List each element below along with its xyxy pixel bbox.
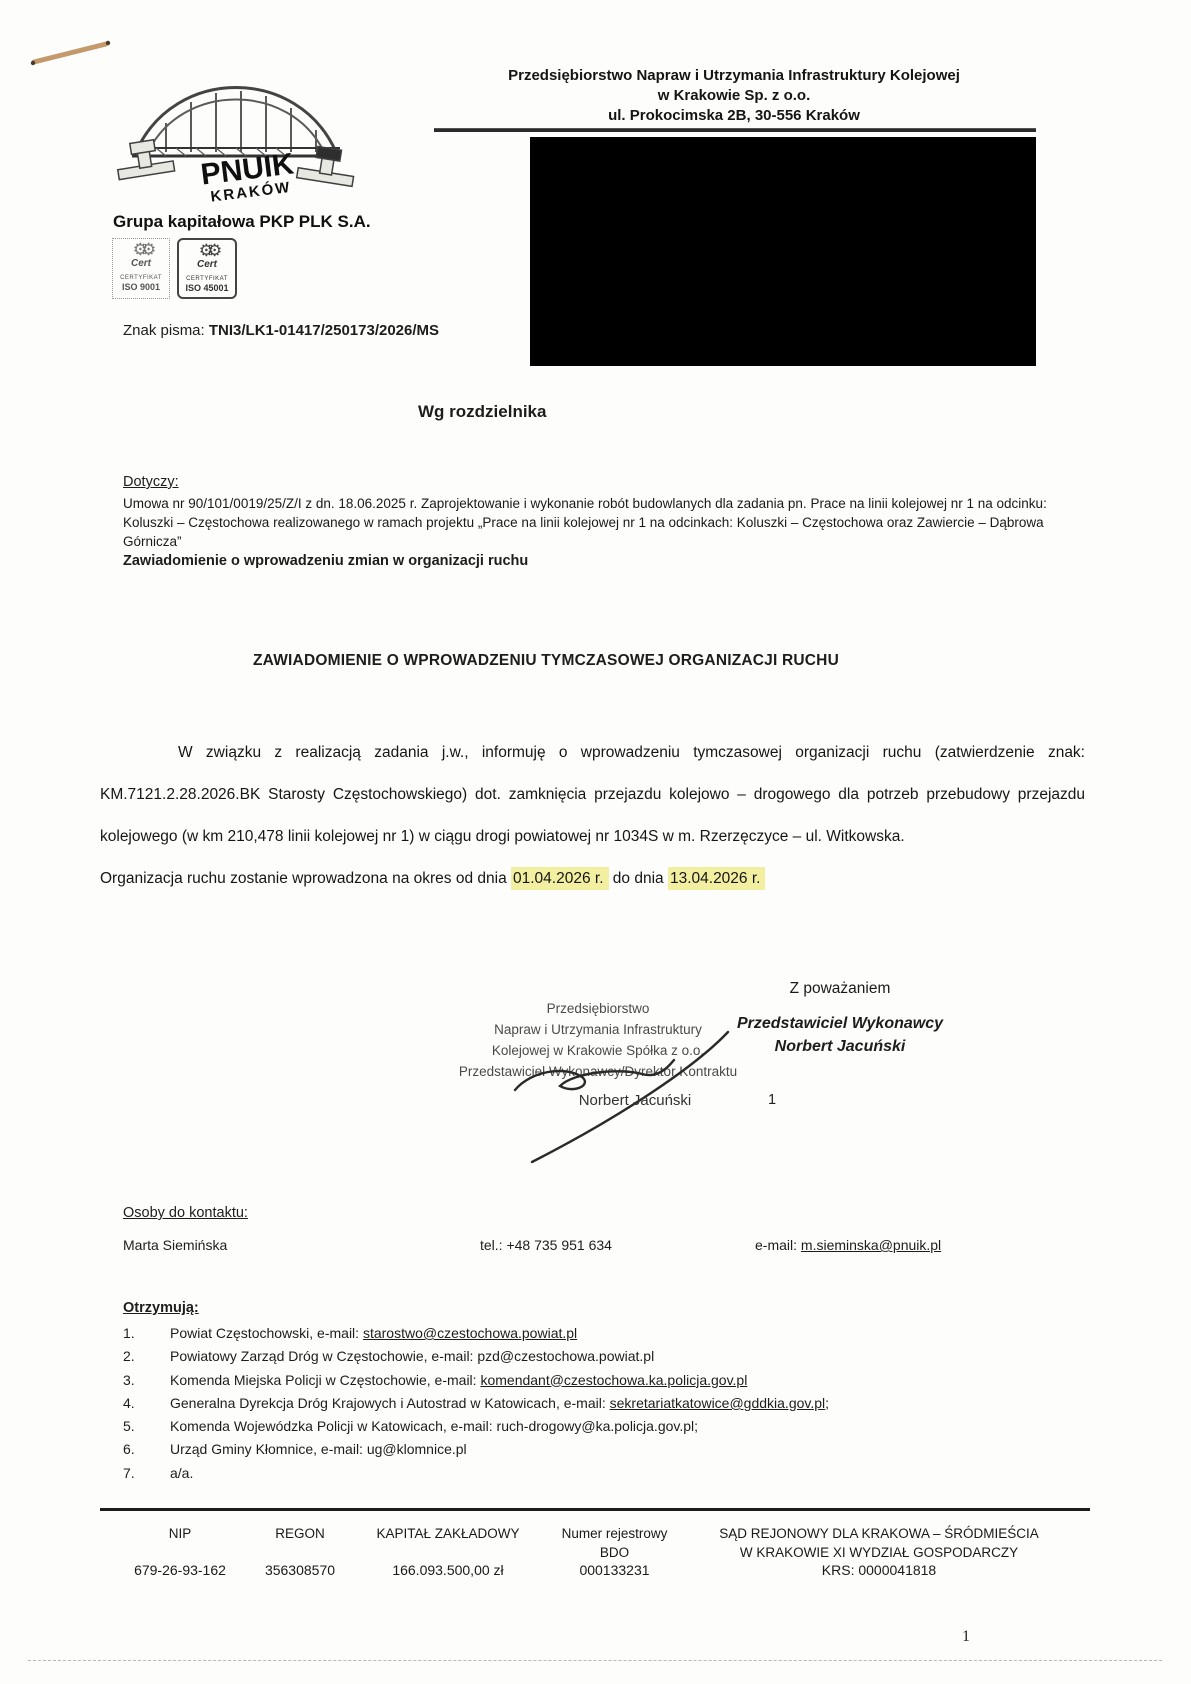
contact-email-address: m.sieminska@pnuik.pl <box>801 1237 941 1253</box>
regarding-label: Dotyczy: <box>123 474 1075 490</box>
cert-iso-number: ISO 45001 <box>181 283 233 293</box>
recipient-number: 4. <box>123 1392 170 1415</box>
signature-block: Z poważaniem Przedstawiciel Wykonawcy No… <box>722 980 958 1056</box>
list-item: 1. Powiat Częstochowski, e-mail: starost… <box>123 1322 1083 1345</box>
cert-brand: Cert <box>115 258 167 269</box>
footer-col-nip: NIP 679-26-93-162 <box>110 1524 250 1578</box>
footer-col-regon: REGON 356308570 <box>250 1524 350 1578</box>
iso-9001-badge: ⚙⚙ Cert CERTYFIKAT ISO 9001 <box>112 238 170 299</box>
footer-value: 356308570 <box>250 1562 350 1578</box>
recipient-number: 2. <box>123 1345 170 1368</box>
recipient-email: sekretariatkatowice@gddkia.gov.pl <box>610 1395 826 1411</box>
recipient-number: 6. <box>123 1438 170 1461</box>
reference-number-line: Znak pisma: TNI3/LK1-01417/250173/2026/M… <box>123 322 439 339</box>
end-date-highlight: 13.04.2026 r. <box>668 867 766 890</box>
recipient-text: Powiatowy Zarząd Dróg w Częstochowie, e-… <box>170 1345 654 1368</box>
recipients-label: Otrzymują: <box>123 1300 199 1316</box>
stamp-line: Przedsiębiorstwo <box>438 998 758 1019</box>
recipient-number: 1. <box>123 1322 170 1345</box>
list-item: 4. Generalna Dyrekcja Dróg Krajowych i A… <box>123 1392 1083 1415</box>
cert-label: CERTYFIKAT <box>181 276 233 283</box>
footer-col-court: SĄD REJONOWY DLA KRAKOWA – ŚRÓDMIEŚCIAW … <box>690 1524 1068 1578</box>
period-sentence-middle: do dnia <box>609 870 668 887</box>
cert-label: CERTYFIKAT <box>115 275 167 282</box>
cert-brand: Cert <box>181 259 233 270</box>
footer-label: Numer rejestrowyBDO <box>542 1524 687 1562</box>
recipient-text: Urząd Gminy Kłomnice, e-mail: ug@klomnic… <box>170 1438 467 1461</box>
capital-group-line: Grupa kapitałowa PKP PLK S.A. <box>113 212 371 232</box>
list-item: 3. Komenda Miejska Policji w Częstochowi… <box>123 1369 1083 1392</box>
list-item: 2. Powiatowy Zarząd Dróg w Częstochowie,… <box>123 1345 1083 1368</box>
company-header: Przedsiębiorstwo Napraw i Utrzymania Inf… <box>430 66 1038 126</box>
addressee-line: Wg rozdzielnika <box>418 402 546 422</box>
email-label: e-mail: <box>755 1237 801 1253</box>
footer-divider <box>100 1508 1090 1511</box>
copy-count-marker: 1 <box>768 1092 776 1108</box>
redacted-block <box>530 137 1036 366</box>
bridge-logo: PNUIK KRAKÓW <box>106 60 368 210</box>
contacts-label: Osoby do kontaktu: <box>123 1205 248 1221</box>
footer-value: 166.093.500,00 zł <box>356 1562 540 1578</box>
regarding-section: Dotyczy: Umowa nr 90/101/0019/25/Z/I z d… <box>123 474 1075 569</box>
bottom-scan-line <box>28 1660 1162 1661</box>
recipient-text: Generalna Dyrekcja Dróg Krajowych i Auto… <box>170 1392 829 1415</box>
contact-email-line: e-mail: m.sieminska@pnuik.pl <box>755 1237 941 1253</box>
footer-value: 000133231 <box>542 1562 687 1578</box>
certificate-badges: ⚙⚙ Cert CERTYFIKAT ISO 9001 ⚙⚙ Cert CERT… <box>112 238 237 299</box>
footer-col-kapital: KAPITAŁ ZAKŁADOWY 166.093.500,00 zł <box>356 1524 540 1578</box>
signatory-name: Norbert Jacuński <box>722 1038 958 1056</box>
document-title: ZAWIADOMIENIE O WPROWADZENIU TYMCZASOWEJ… <box>146 652 946 670</box>
closing-phrase: Z poważaniem <box>722 980 958 998</box>
scanned-letter-page: PNUIK KRAKÓW Przedsiębiorstwo Napraw i U… <box>0 0 1191 1684</box>
letter-body: W związku z realizacją zadania j.w., inf… <box>100 732 1085 900</box>
signatory-role: Przedstawiciel Wykonawcy <box>722 1010 958 1038</box>
gear-icon: ⚙⚙ <box>115 242 167 258</box>
recipient-text: Komenda Miejska Policji w Częstochowie, … <box>170 1369 747 1392</box>
recipient-text: Komenda Wojewódzka Policji w Katowicach,… <box>170 1415 698 1438</box>
footer-col-bdo: Numer rejestrowyBDO 000133231 <box>542 1524 687 1578</box>
recipient-number: 7. <box>123 1462 170 1485</box>
company-address: ul. Prokocimska 2B, 30-556 Kraków <box>430 106 1038 126</box>
company-name-line2: w Krakowie Sp. z o.o. <box>430 86 1038 106</box>
footer-label: REGON <box>250 1524 350 1562</box>
reference-value: TNI3/LK1-01417/250173/2026/MS <box>209 322 439 339</box>
regarding-subject: Zawiadomienie o wprowadzeniu zmian w org… <box>123 553 1075 569</box>
body-paragraph-2: Organizacja ruchu zostanie wprowadzona n… <box>100 858 1085 900</box>
recipient-text: a/a. <box>170 1462 193 1485</box>
contact-person-name: Marta Siemińska <box>123 1237 227 1253</box>
body-paragraph-1: W związku z realizacją zadania j.w., inf… <box>100 732 1085 858</box>
reference-label: Znak pisma: <box>123 322 205 339</box>
header-divider <box>434 128 1036 132</box>
recipient-number: 3. <box>123 1369 170 1392</box>
recipient-number: 5. <box>123 1415 170 1438</box>
recipient-text: Powiat Częstochowski, e-mail: starostwo@… <box>170 1322 577 1345</box>
list-item: 5. Komenda Wojewódzka Policji w Katowica… <box>123 1415 1083 1438</box>
start-date-highlight: 01.04.2026 r. <box>511 867 609 890</box>
company-name-line1: Przedsiębiorstwo Napraw i Utrzymania Inf… <box>430 66 1038 86</box>
period-sentence-prefix: Organizacja ruchu zostanie wprowadzona n… <box>100 870 511 887</box>
list-item: 7. a/a. <box>123 1462 1083 1485</box>
footer-label: NIP <box>110 1524 250 1562</box>
footer-value: KRS: 0000041818 <box>690 1562 1068 1578</box>
page-number: 1 <box>962 1628 970 1646</box>
regarding-text: Umowa nr 90/101/0019/25/Z/I z dn. 18.06.… <box>123 494 1075 551</box>
gear-icon: ⚙⚙ <box>181 243 233 259</box>
recipients-list: 1. Powiat Częstochowski, e-mail: starost… <box>123 1322 1083 1485</box>
contact-phone: tel.: +48 735 951 634 <box>480 1237 612 1253</box>
stamp-signatory-name: Norbert Jacuński <box>545 1092 725 1109</box>
cert-iso-number: ISO 9001 <box>115 282 167 292</box>
recipient-email: komendant@czestochowa.ka.policja.gov.pl <box>480 1372 747 1388</box>
footer-value: 679-26-93-162 <box>110 1562 250 1578</box>
footer-label: KAPITAŁ ZAKŁADOWY <box>356 1524 540 1562</box>
recipient-email: starostwo@czestochowa.powiat.pl <box>363 1325 577 1341</box>
footer-label: SĄD REJONOWY DLA KRAKOWA – ŚRÓDMIEŚCIAW … <box>690 1524 1068 1562</box>
list-item: 6. Urząd Gminy Kłomnice, e-mail: ug@klom… <box>123 1438 1083 1461</box>
iso-45001-badge: ⚙⚙ Cert CERTYFIKAT ISO 45001 <box>177 238 237 299</box>
